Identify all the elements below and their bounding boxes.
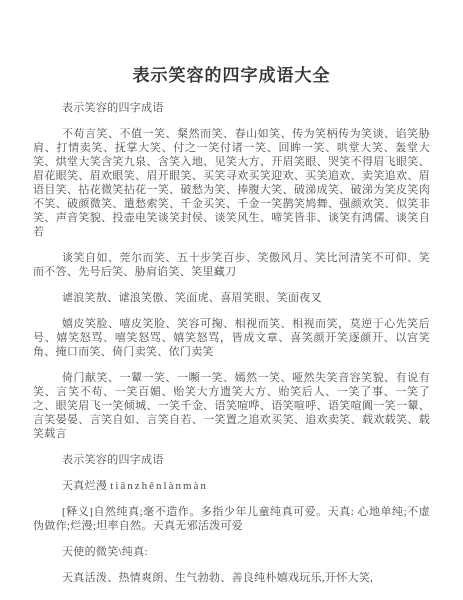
- idiom-term-line: 天真烂漫 tiānzhēnlànmàn: [33, 479, 430, 493]
- section1-heading: 表示笑容的四字成语: [33, 101, 430, 115]
- idiom-paragraph-5: 倚门献笑、一颦一笑、一嚬一笑、嫣然一笑、哑然失笑音容笑貌、有说有笑、言笑不苟、一…: [33, 371, 430, 441]
- idiom-paragraph-4: 嬉皮笑脸、嘻皮笑脸、笑容可掬、相视而笑、相视而笑，莫逆于心先笑后号、嬉笑怒骂、嘻…: [33, 317, 430, 359]
- page-title: 表示笑容的四字成语大全: [33, 64, 430, 88]
- idiom-paragraph-1: 不苟言笑、不值一笑、粲然而笑、春山如笑、传为笑柄传为笑谈、谄笑胁肩、打情卖笑、抚…: [33, 127, 430, 239]
- document-page: 表示笑容的四字成语大全 表示笑容的四字成语 不苟言笑、不值一笑、粲然而笑、春山如…: [0, 0, 463, 600]
- pure-words-list: 天真活泼、热情爽朗、生气勃勃、善良纯朴嬉戏玩乐,开怀大笑,: [33, 571, 430, 585]
- idiom-term: 天真烂漫: [62, 480, 107, 492]
- idiom-definition: [释义]自然纯真;毫不造作。多指少年儿童纯真可爱。天真: 心地单纯;不虚伪做作;…: [33, 505, 430, 533]
- section2-heading: 表示笑容的四字成语: [33, 453, 430, 467]
- idiom-pinyin: tiānzhēnlànmàn: [110, 480, 208, 492]
- idiom-paragraph-3: 谑浪笑敖、谑浪笑傲、笑面虎、喜眉笑眼、笑面夜叉: [33, 291, 430, 305]
- idiom-paragraph-2: 谈笑自如、莞尔而笑、五十步笑百步、笑傲风月、笑比河清笑不可仰、笑而不答、先号后笑…: [33, 251, 430, 279]
- angel-smile-subheading: 天使的微笑\纯真:: [33, 545, 430, 559]
